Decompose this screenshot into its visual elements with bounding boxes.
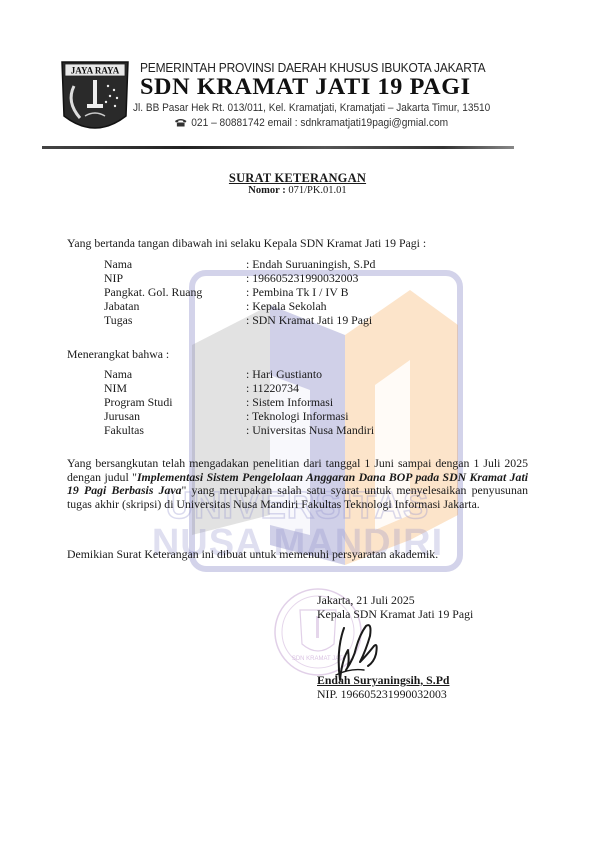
logo-label: JAYA RAYA: [71, 66, 120, 76]
signer-details: Nama: Endah Suruaningish, S.Pd NIP: 1966…: [104, 257, 375, 327]
signer-field-row: Tugas: SDN Kramat Jati 19 Pagi: [104, 313, 375, 327]
student-field-row: Program Studi: Sistem Informasi: [104, 395, 374, 409]
document-number-value: 071/PK.01.01: [288, 185, 346, 196]
field-label: Jurusan: [104, 409, 246, 423]
jakarta-emblem-logo: JAYA RAYA: [60, 58, 130, 140]
field-label: Pangkat. Gol. Ruang: [104, 285, 246, 299]
field-label: Tugas: [104, 313, 246, 327]
signer-field-row: Jabatan: Kepala Sekolah: [104, 299, 375, 313]
field-value: : SDN Kramat Jati 19 Pagi: [246, 313, 372, 327]
student-field-row: Jurusan: Teknologi Informasi: [104, 409, 374, 423]
signer-name: Endah Suryaningsih, S.Pd: [317, 673, 449, 687]
field-value: : Endah Suruaningish, S.Pd: [246, 257, 375, 271]
intro-text: Yang bertanda tangan dibawah ini selaku …: [67, 236, 426, 250]
field-label: Jabatan: [104, 299, 246, 313]
student-field-row: NIM: 11220734: [104, 381, 374, 395]
field-value: : 196605231990032003: [246, 271, 358, 285]
field-value: : Pembina Tk I / IV B: [246, 285, 348, 299]
signer-field-row: Nama: Endah Suruaningish, S.Pd: [104, 257, 375, 271]
field-value: : Hari Gustianto: [246, 367, 322, 381]
document-number-label: Nomor :: [248, 185, 285, 196]
government-header: PEMERINTAH PROVINSI DAERAH KHUSUS IBUKOT…: [140, 61, 482, 75]
letterhead-divider: [42, 146, 514, 149]
signer-nip: NIP. 196605231990032003: [317, 687, 447, 701]
declares-text: Menerangkat bahwa :: [67, 347, 169, 361]
telephone-icon: [174, 118, 187, 127]
field-label: Nama: [104, 367, 246, 381]
document-number: Nomor : 071/PK.01.01: [0, 185, 595, 196]
field-value: : Universitas Nusa Mandiri: [246, 423, 374, 437]
student-field-row: Nama: Hari Gustianto: [104, 367, 374, 381]
student-field-row: Fakultas: Universitas Nusa Mandiri: [104, 423, 374, 437]
signer-field-row: Pangkat. Gol. Ruang: Pembina Tk I / IV B: [104, 285, 375, 299]
document-page: UNIVERSITAS NUSA MANDIRI JAYA RAYA PEMER…: [0, 0, 595, 841]
field-value: : Sistem Informasi: [246, 395, 333, 409]
signature-place-date: Jakarta, 21 Juli 2025: [317, 593, 415, 607]
field-value: : Kepala Sekolah: [246, 299, 327, 313]
document-title: SURAT KETERANGAN: [0, 171, 595, 186]
school-contact: 021 – 80881742 email : sdnkramatjati19pa…: [174, 117, 448, 129]
signer-field-row: NIP: 196605231990032003: [104, 271, 375, 285]
school-address: Jl. BB Pasar Hek Rt. 013/011, Kel. Krama…: [133, 102, 490, 114]
field-label: Nama: [104, 257, 246, 271]
field-label: Program Studi: [104, 395, 246, 409]
field-value: : Teknologi Informasi: [246, 409, 349, 423]
field-label: Fakultas: [104, 423, 246, 437]
contact-text: 021 – 80881742 email : sdnkramatjati19pa…: [191, 117, 448, 129]
signature-position: Kepala SDN Kramat Jati 19 Pagi: [317, 607, 473, 621]
closing-text: Demikian Surat Keterangan ini dibuat unt…: [67, 547, 438, 561]
field-value: : 11220734: [246, 381, 299, 395]
field-label: NIM: [104, 381, 246, 395]
field-label: NIP: [104, 271, 246, 285]
school-name: SDN KRAMAT JATI 19 PAGI: [140, 74, 471, 100]
student-details: Nama: Hari Gustianto NIM: 11220734 Progr…: [104, 367, 374, 437]
research-statement: Yang bersangkutan telah mengadakan penel…: [67, 457, 528, 511]
